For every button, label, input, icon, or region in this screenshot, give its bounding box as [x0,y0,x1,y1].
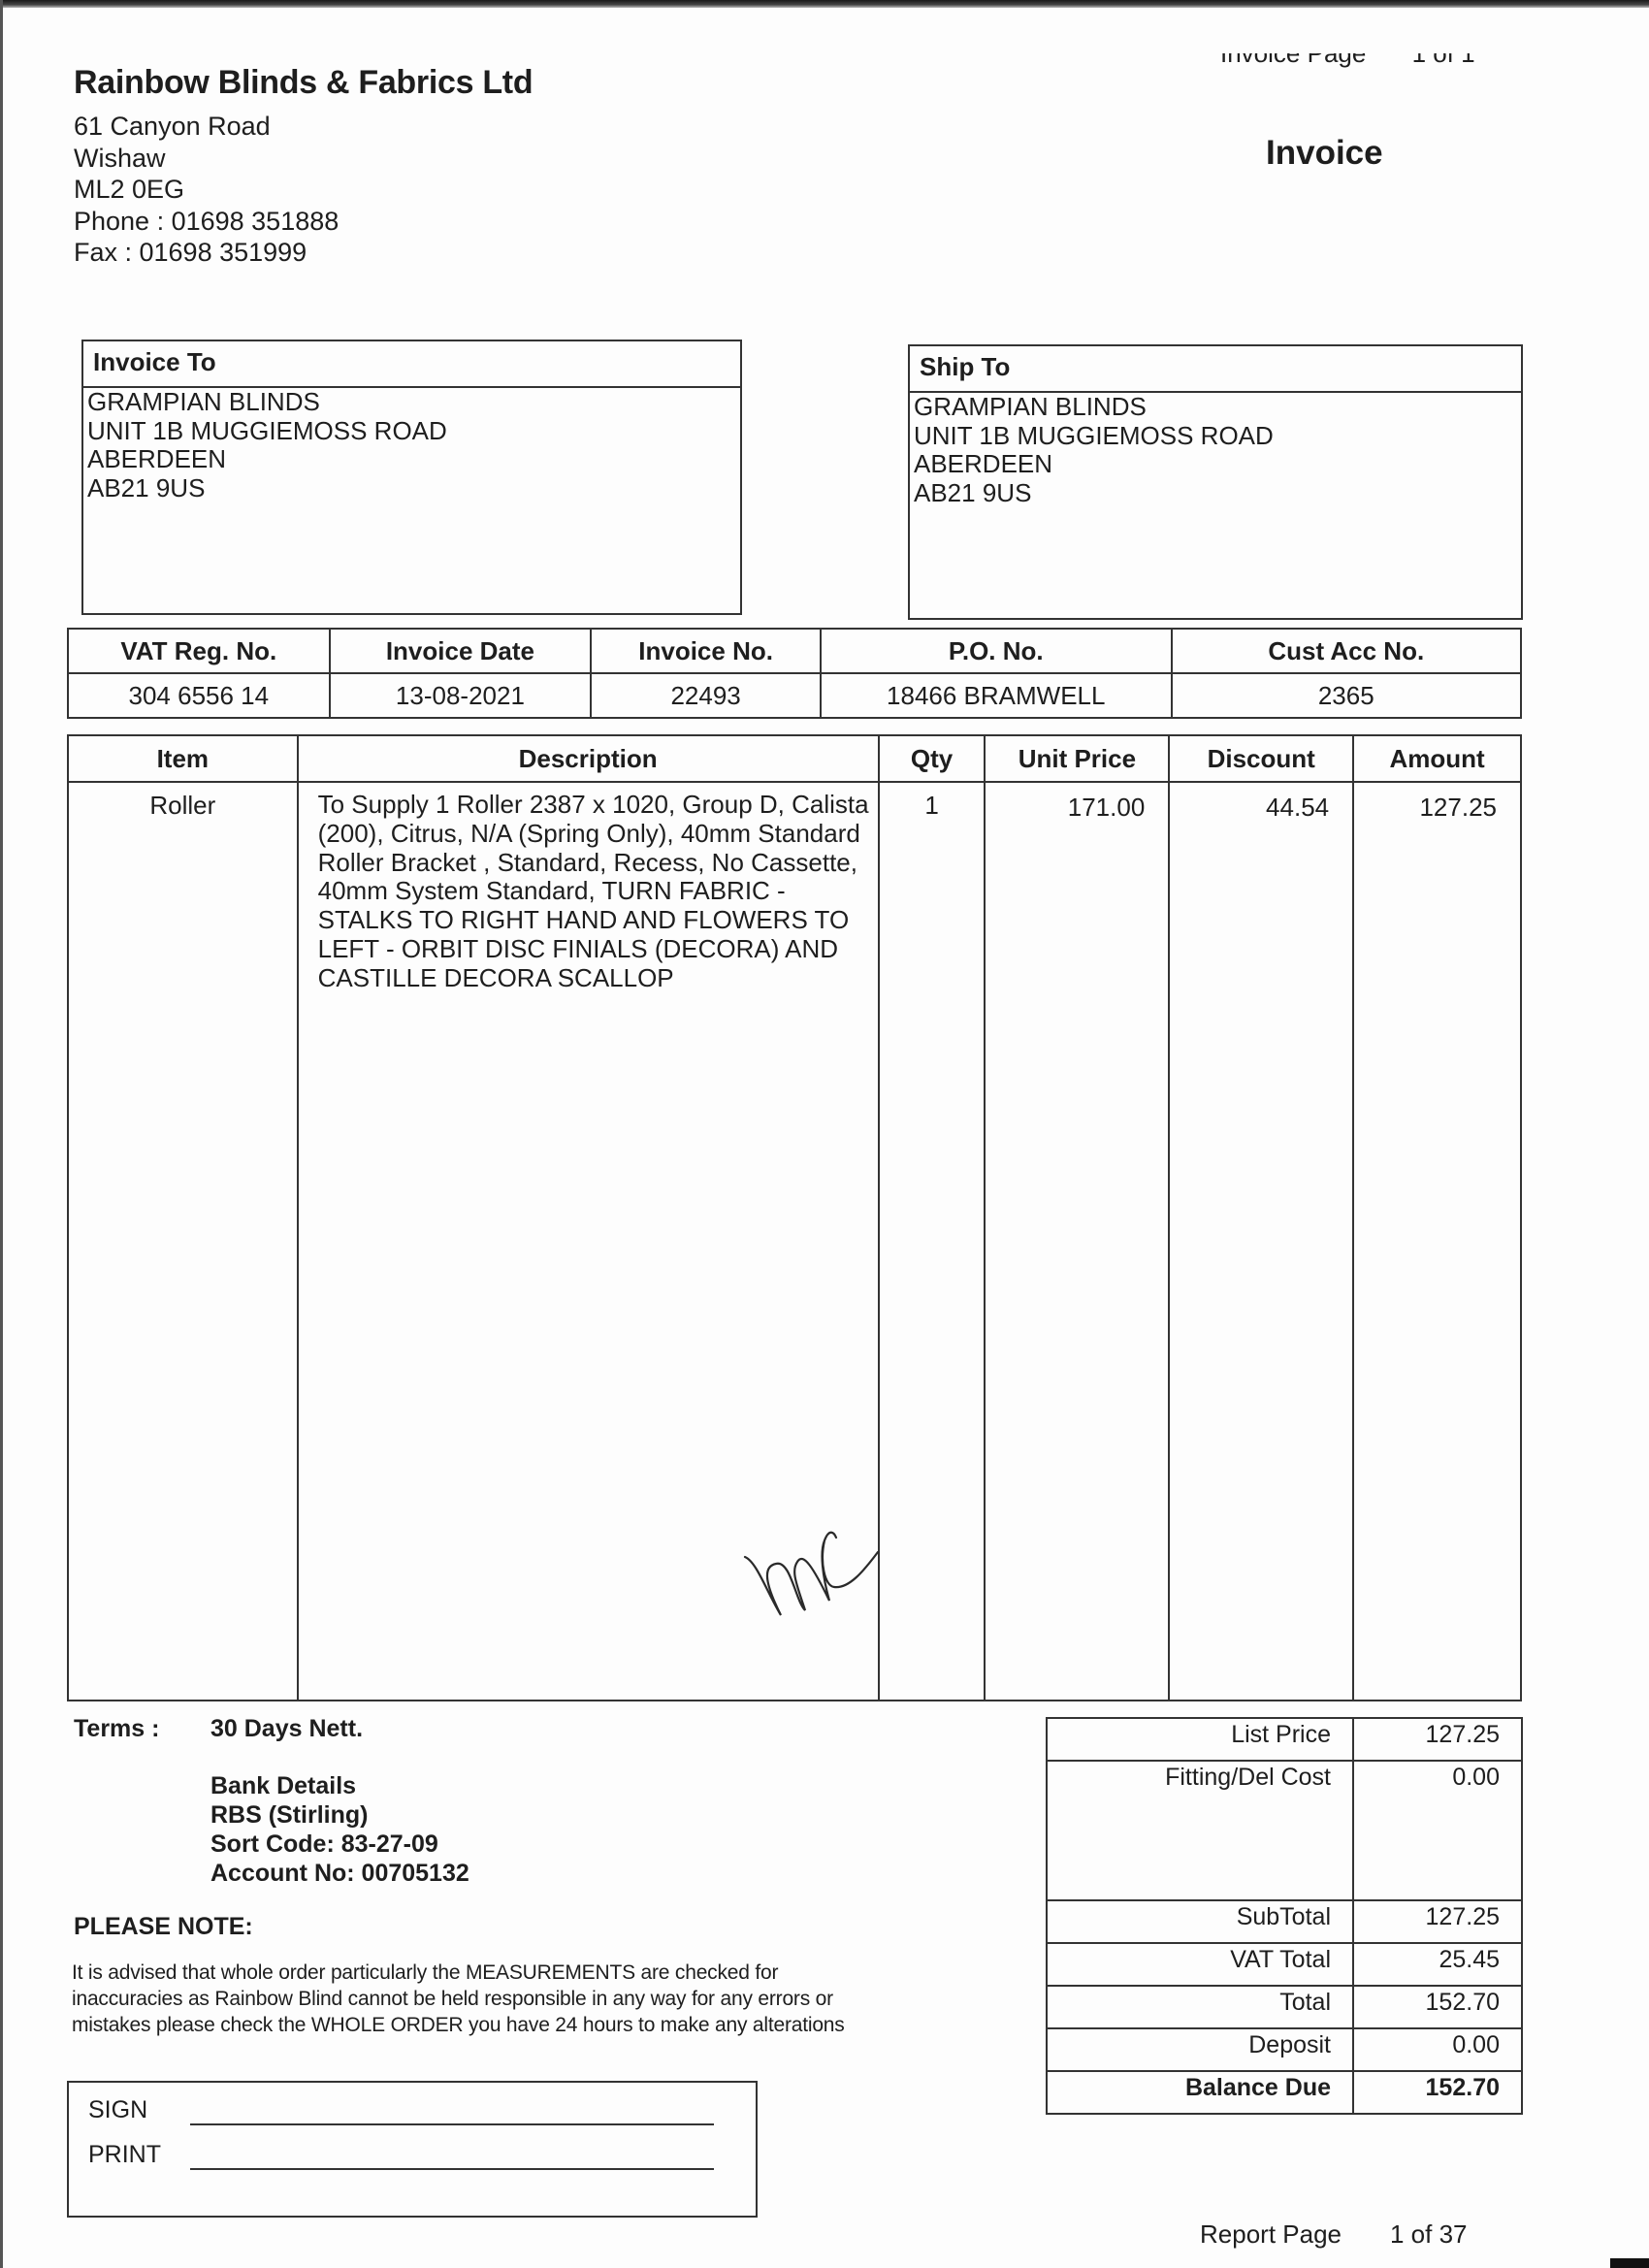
note-body: It is advised that whole order particula… [72,1960,1003,2038]
company-address: 61 Canyon Road Wishaw ML2 0EG Phone : 01… [74,111,339,269]
terms-value: 30 Days Nett. [210,1715,363,1743]
signature-box: SIGN PRINT [67,2081,758,2218]
item-header: Item [68,735,298,782]
terms-label: Terms : [74,1715,159,1743]
ship-to-line: UNIT 1B MUGGIEMOSS ROAD [914,422,1517,451]
bank-details-heading: Bank Details [210,1771,469,1800]
company-street: 61 Canyon Road [74,111,339,143]
balance-due-label: Balance Due [1047,2071,1353,2114]
note-line: It is advised that whole order particula… [72,1960,1003,1986]
unit-price-cell: 171.00 [985,782,1169,1701]
fitting-value: 0.00 [1353,1761,1522,1900]
invoice-no-value: 22493 [591,673,821,718]
invoice-to-line: ABERDEEN [87,445,736,474]
print-line[interactable] [190,2168,714,2170]
list-price-value: 127.25 [1353,1718,1522,1761]
ship-to-heading: Ship To [910,346,1521,393]
invoice-to-line: GRAMPIAN BLINDS [87,388,736,417]
deposit-value: 0.00 [1353,2028,1522,2071]
list-price-row: List Price 127.25 [1047,1718,1522,1761]
list-price-label: List Price [1047,1718,1353,1761]
scan-edge-corner [1610,2258,1649,2268]
company-fax: Fax : 01698 351999 [74,237,339,269]
invoice-to-line: UNIT 1B MUGGIEMOSS ROAD [87,417,736,446]
scan-edge-top [0,0,1649,8]
total-label: Total [1047,1986,1353,2028]
ship-to-box: Ship To GRAMPIAN BLINDS UNIT 1B MUGGIEMO… [908,344,1523,620]
vat-label: VAT Total [1047,1943,1353,1986]
unit-price-header: Unit Price [985,735,1169,782]
discount-header: Discount [1169,735,1353,782]
cust-acc-value: 2365 [1172,673,1521,718]
ship-to-line: GRAMPIAN BLINDS [914,393,1517,422]
company-postcode: ML2 0EG [74,174,339,206]
qty-cell: 1 [879,782,986,1701]
totals-table: List Price 127.25 Fitting/Del Cost 0.00 … [1046,1717,1523,2115]
invoice-date-header: Invoice Date [330,629,592,673]
report-page-label: Report Page [1200,2219,1342,2249]
scan-clipped-area [1220,39,1475,53]
invoice-page-counter: Invoice Page 1 of 1 [1220,39,1475,68]
balance-due-value: 152.70 [1353,2071,1522,2114]
amount-header: Amount [1353,735,1521,782]
balance-due-row: Balance Due 152.70 [1047,2071,1522,2114]
bank-details: Bank Details RBS (Stirling) Sort Code: 8… [210,1771,469,1888]
note-line: mistakes please check the WHOLE ORDER yo… [72,2012,1003,2038]
scan-edge-left [0,0,3,2268]
ship-to-line: AB21 9US [914,479,1517,508]
po-no-header: P.O. No. [821,629,1172,673]
description-header: Description [298,735,879,782]
invoice-to-address: GRAMPIAN BLINDS UNIT 1B MUGGIEMOSS ROAD … [83,388,740,502]
items-header-row: Item Description Qty Unit Price Discount… [68,735,1521,782]
sign-label: SIGN [88,2096,147,2124]
invoice-no-header: Invoice No. [591,629,821,673]
invoice-to-box: Invoice To GRAMPIAN BLINDS UNIT 1B MUGGI… [81,340,742,615]
total-value: 152.70 [1353,1986,1522,2028]
subtotal-row: SubTotal 127.25 [1047,1900,1522,1943]
fitting-label: Fitting/Del Cost [1047,1761,1353,1900]
subtotal-value: 127.25 [1353,1900,1522,1943]
vat-row: VAT Total 25.45 [1047,1943,1522,1986]
invoice-to-heading: Invoice To [83,341,740,388]
discount-cell: 44.54 [1169,782,1353,1701]
invoice-date-value: 13-08-2021 [330,673,592,718]
info-value-row: 304 6556 14 13-08-2021 22493 18466 BRAMW… [68,673,1521,718]
company-town: Wishaw [74,143,339,175]
company-phone: Phone : 01698 351888 [74,206,339,238]
report-page-value: 1 of 37 [1390,2219,1468,2249]
ship-to-address: GRAMPIAN BLINDS UNIT 1B MUGGIEMOSS ROAD … [910,393,1521,507]
sort-code: Sort Code: 83-27-09 [210,1830,469,1859]
subtotal-label: SubTotal [1047,1900,1353,1943]
handwritten-initials [737,1494,892,1630]
vat-value: 25.45 [1353,1943,1522,1986]
po-no-value: 18466 BRAMWELL [821,673,1172,718]
total-row: Total 152.70 [1047,1986,1522,2028]
bank-name: RBS (Stirling) [210,1800,469,1830]
vat-reg-header: VAT Reg. No. [68,629,330,673]
invoice-info-table: VAT Reg. No. Invoice Date Invoice No. P.… [67,628,1522,719]
cust-acc-header: Cust Acc No. [1172,629,1521,673]
invoice-to-line: AB21 9US [87,474,736,503]
deposit-row: Deposit 0.00 [1047,2028,1522,2071]
sign-line[interactable] [190,2123,714,2125]
document-title: Invoice [1266,134,1383,173]
info-header-row: VAT Reg. No. Invoice Date Invoice No. P.… [68,629,1521,673]
fitting-row: Fitting/Del Cost 0.00 [1047,1761,1522,1900]
note-heading: PLEASE NOTE: [74,1913,253,1941]
report-page-counter: Report Page1 of 37 [1200,2219,1468,2250]
deposit-label: Deposit [1047,2028,1353,2071]
note-line: inaccuracies as Rainbow Blind cannot be … [72,1986,1003,2012]
qty-header: Qty [879,735,986,782]
item-cell: Roller [68,782,298,1701]
company-name: Rainbow Blinds & Fabrics Ltd [74,64,533,102]
vat-reg-value: 304 6556 14 [68,673,330,718]
ship-to-line: ABERDEEN [914,450,1517,479]
amount-cell: 127.25 [1353,782,1521,1701]
account-number: Account No: 00705132 [210,1859,469,1888]
print-label: PRINT [88,2141,161,2169]
